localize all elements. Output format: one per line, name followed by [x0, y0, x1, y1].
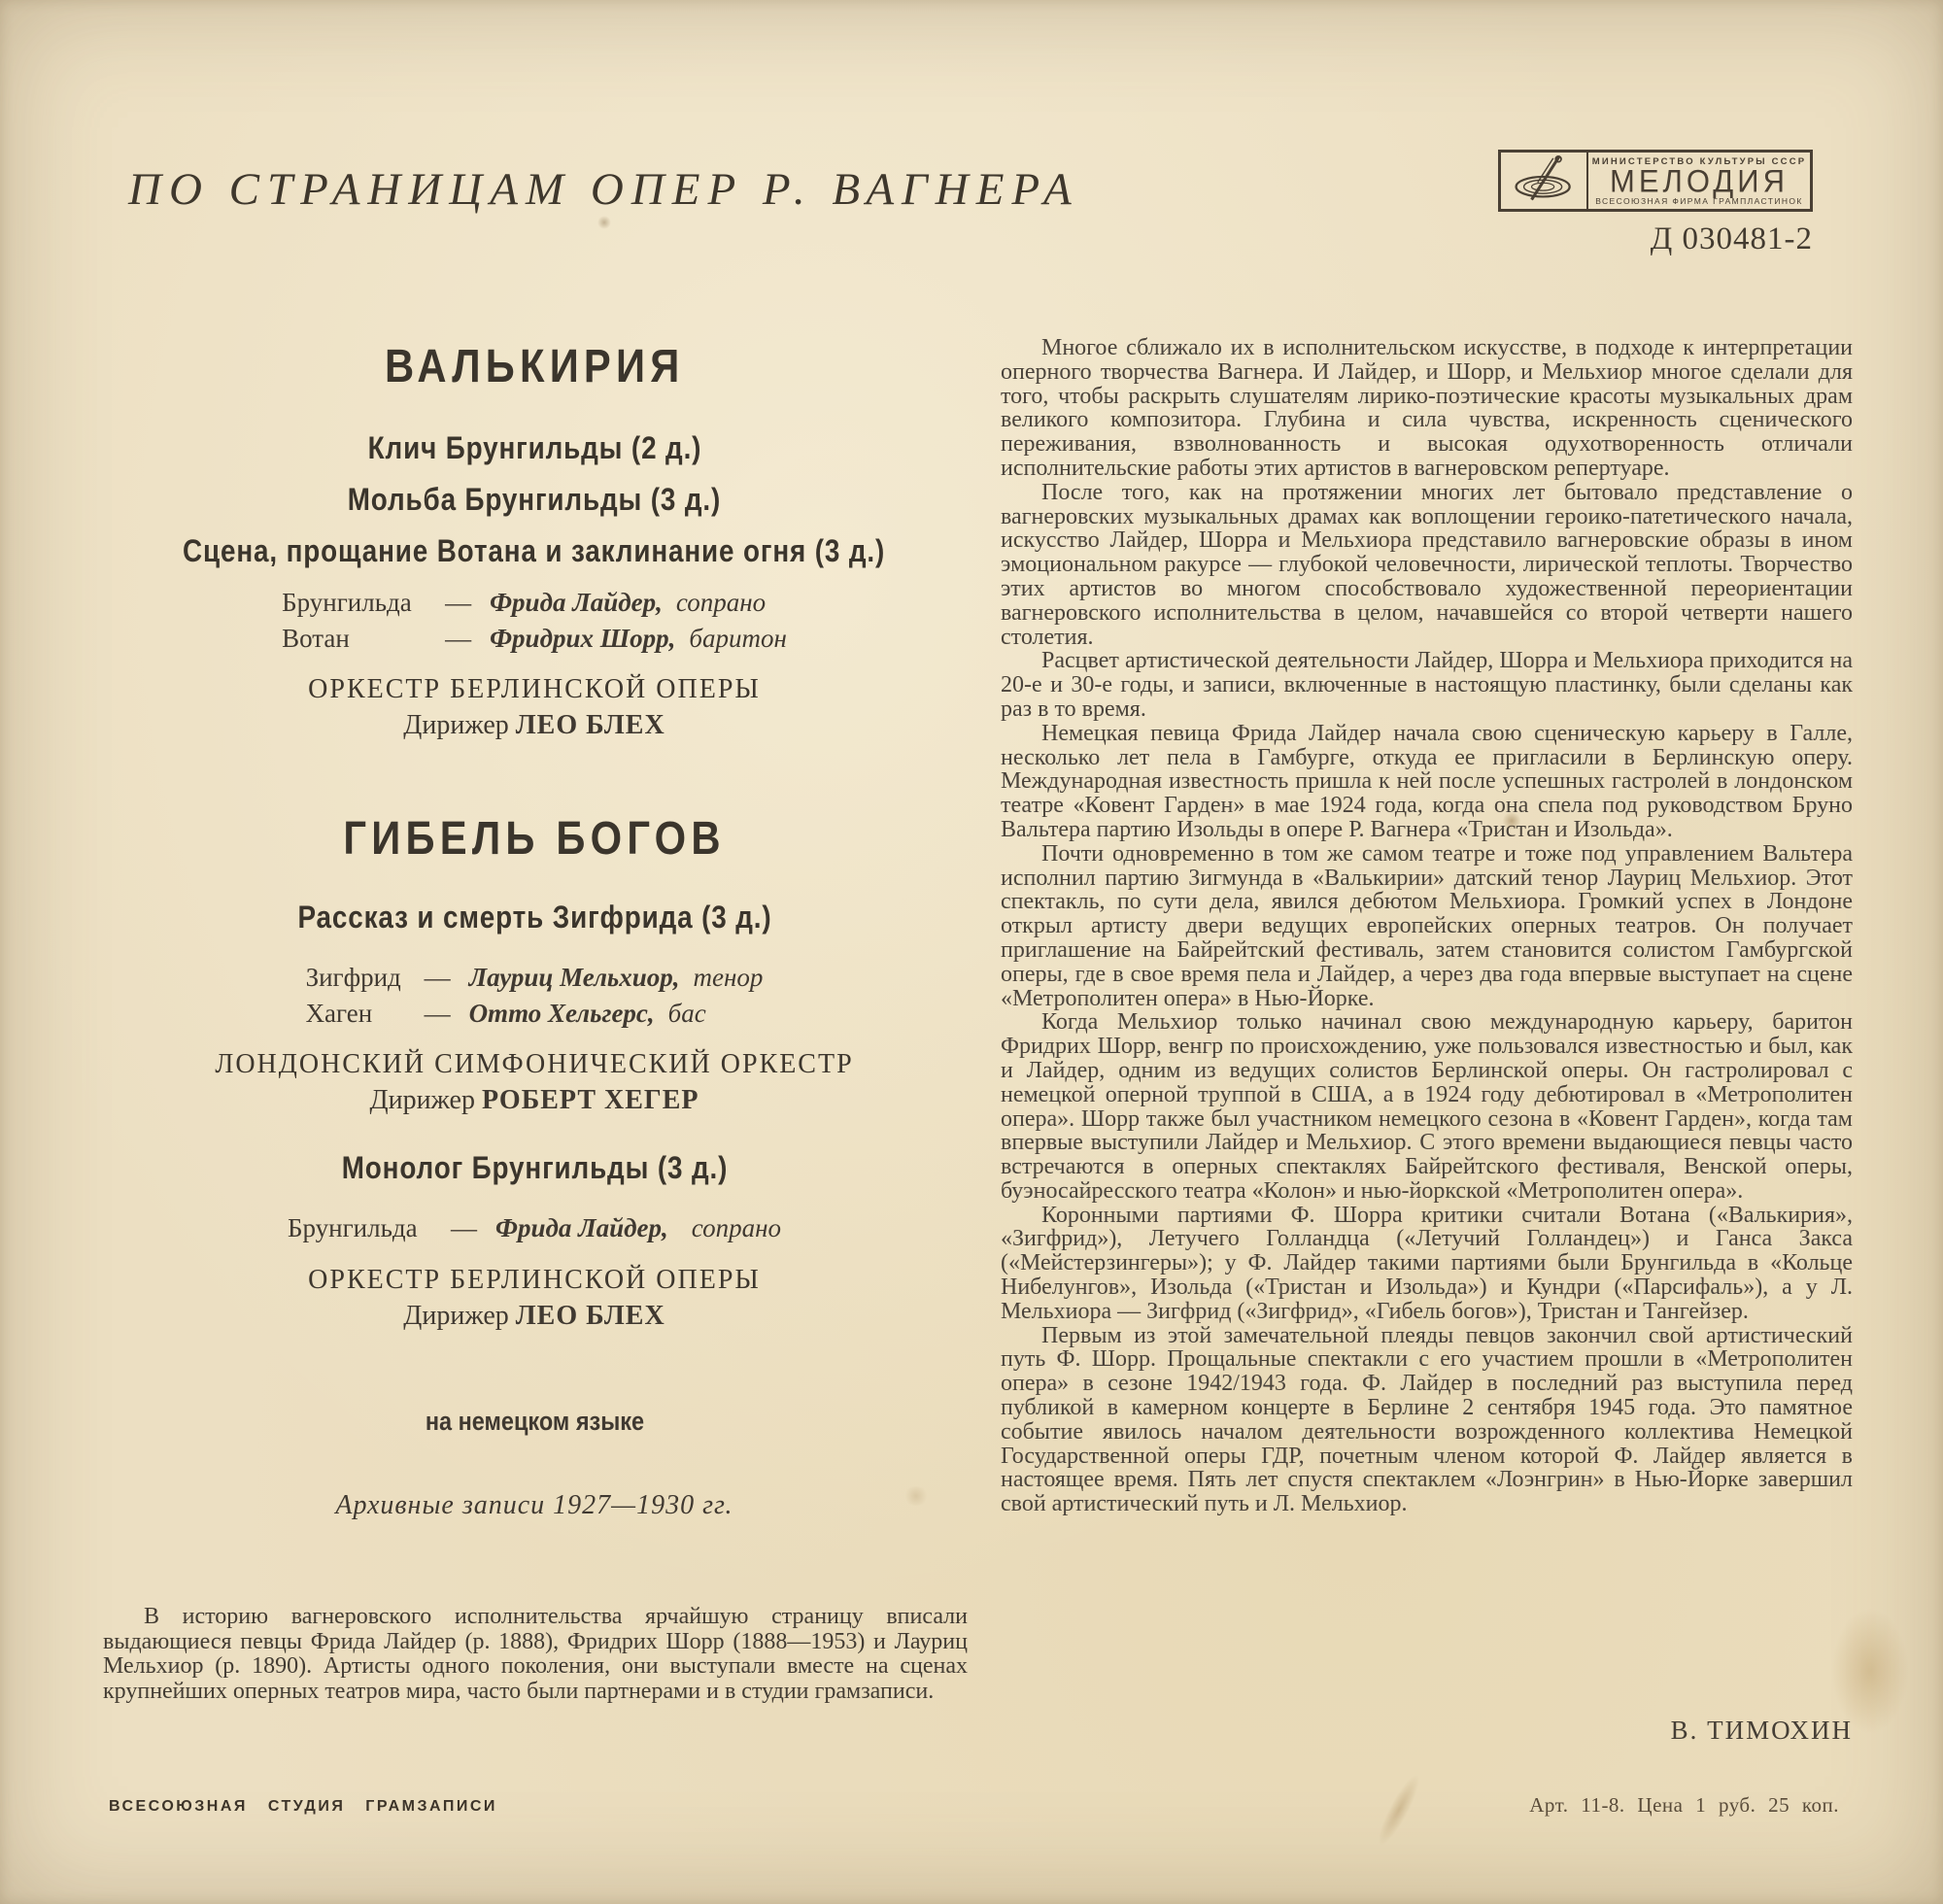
record-sleeve-back-cover: ПО СТРАНИЦАМ ОПЕР Р. ВАГНЕРА МИНИСТЕРСТВ…	[0, 0, 1943, 1904]
melodiya-logo-text: МИНИСТЕРСТВО КУЛЬТУРЫ СССР МЕЛОДИЯ ВСЕСО…	[1586, 153, 1810, 209]
album-title: ПО СТРАНИЦАМ ОПЕР Р. ВАГНЕРА	[128, 163, 1079, 216]
cast-row: Хаген — Отто Хельгерс, бас	[306, 996, 764, 1032]
essay-paragraph: Коронными партиями Ф. Шорра критики счит…	[1001, 1204, 1853, 1324]
conductor-name: ЛЕО БЛЕХ	[516, 710, 665, 740]
conductor-label: Дирижер	[403, 710, 508, 740]
cast-role: Хаген	[306, 996, 425, 1032]
track-item: Мольба Брунгильды (3 д.)	[92, 477, 976, 528]
melodiya-logo: МИНИСТЕРСТВО КУЛЬТУРЫ СССР МЕЛОДИЯ ВСЕСО…	[1498, 150, 1813, 212]
language-note: на немецком языке	[92, 1407, 976, 1437]
conductor-line: Дирижер ЛЕО БЛЕХ	[92, 1301, 976, 1332]
essay-paragraph: После того, как на протяжении многих лет…	[1001, 481, 1853, 650]
paper-stain	[597, 216, 611, 229]
orchestra-name: ОРКЕСТР БЕРЛИНСКОЙ ОПЕРЫ	[92, 1265, 976, 1296]
cast-performer-name: Фридрих Шорр,	[490, 621, 675, 657]
paper-stain	[1344, 1747, 1453, 1873]
cast-row: Брунгильда — Фрида Лайдер, сопрано	[288, 1210, 781, 1246]
track-item: Сцена, прощание Вотана и заклинание огня…	[92, 528, 976, 580]
cast-dash: —	[425, 960, 469, 996]
conductor-label: Дирижер	[403, 1301, 508, 1331]
intro-paragraph: В историю вагнеровского исполнительства …	[103, 1605, 968, 1704]
opera-heading-gotterdammerung: ГИБЕЛЬ БОГОВ	[92, 812, 976, 866]
orchestra-name: ЛОНДОНСКИЙ СИМФОНИЧЕСКИЙ ОРКЕСТР	[92, 1049, 976, 1080]
archive-note: Архивные записи 1927—1930 гг.	[92, 1490, 976, 1521]
track-item: Рассказ и смерть Зигфрида (3 д.)	[92, 900, 976, 935]
logo-brand-name: МЕЛОДИЯ	[1610, 166, 1789, 197]
liner-notes-essay: Многое сближало их в исполнительском иск…	[1001, 336, 1853, 1516]
cast-voice-type: сопрано	[692, 1210, 781, 1246]
cast-role: Вотан	[282, 621, 445, 657]
essay-paragraph: Немецкая певица Фрида Лайдер начала свою…	[1001, 722, 1853, 842]
cast-voice-type: бас	[668, 996, 706, 1032]
conductor-name: РОБЕРТ ХЕГЕР	[482, 1085, 699, 1115]
cast-role: Зигфрид	[306, 960, 425, 996]
cast-row: Вотан — Фридрих Шорр, баритон	[282, 621, 787, 657]
conductor-name: ЛЕО БЛЕХ	[516, 1301, 665, 1331]
cast-dash: —	[451, 1210, 495, 1246]
catalog-number: Д 030481-2	[1651, 221, 1813, 257]
cast-voice-type: тенор	[694, 960, 764, 996]
cast-row: Зигфрид — Лауриц Мельхиор, тенор	[306, 960, 764, 996]
opera-heading-valkyrie: ВАЛЬКИРИЯ	[92, 340, 976, 393]
studio-credit: ВСЕСОЮЗНАЯ СТУДИЯ ГРАМЗАПИСИ	[109, 1798, 497, 1816]
essay-paragraph: Почти одновременно в том же самом театре…	[1001, 842, 1853, 1011]
cast-role: Брунгильда	[282, 585, 445, 621]
essay-paragraph: Когда Мельхиор только начинал свою между…	[1001, 1010, 1853, 1203]
cast-voice-type: баритон	[689, 621, 786, 657]
cast-dash: —	[425, 996, 469, 1032]
conductor-line: Дирижер РОБЕРТ ХЕГЕР	[92, 1085, 976, 1116]
cast-role: Брунгильда	[288, 1210, 451, 1246]
conductor-label: Дирижер	[369, 1085, 474, 1115]
side-a-cast: Брунгильда — Фрида Лайдер, сопрано Вотан…	[92, 585, 976, 657]
melodiya-record-icon	[1501, 153, 1586, 209]
cast-voice-type: сопрано	[676, 585, 766, 621]
track-item: Клич Брунгильды (2 д.)	[92, 425, 976, 477]
cast-performer-name: Фрида Лайдер,	[490, 585, 663, 621]
side-b-part1-cast: Зигфрид — Лауриц Мельхиор, тенор Хаген —…	[92, 960, 976, 1032]
essay-paragraph: Первым из этой замечательной плеяды певц…	[1001, 1324, 1853, 1516]
cast-dash: —	[445, 585, 490, 621]
cast-performer-name: Фрида Лайдер,	[495, 1210, 668, 1246]
cast-performer-name: Отто Хельгерс,	[469, 996, 655, 1032]
cast-dash: —	[445, 621, 490, 657]
conductor-line: Дирижер ЛЕО БЛЕХ	[92, 710, 976, 741]
essay-paragraph: Многое сближало их в исполнительском иск…	[1001, 336, 1853, 481]
orchestra-name: ОРКЕСТР БЕРЛИНСКОЙ ОПЕРЫ	[92, 674, 976, 705]
cast-row: Брунгильда — Фрида Лайдер, сопрано	[282, 585, 787, 621]
cast-performer-name: Лауриц Мельхиор,	[469, 960, 680, 996]
side-b-part2-cast: Брунгильда — Фрида Лайдер, сопрано	[92, 1210, 976, 1246]
price-line: Арт. 11-8. Цена 1 руб. 25 коп.	[1529, 1793, 1839, 1818]
essay-author: В. ТИМОХИН	[1001, 1716, 1853, 1746]
side-a-track-list: Клич Брунгильды (2 д.) Мольба Брунгильды…	[92, 425, 976, 580]
track-item: Монолог Брунгильды (3 д.)	[92, 1150, 976, 1186]
essay-paragraph: Расцвет артистической деятельности Лайде…	[1001, 649, 1853, 721]
